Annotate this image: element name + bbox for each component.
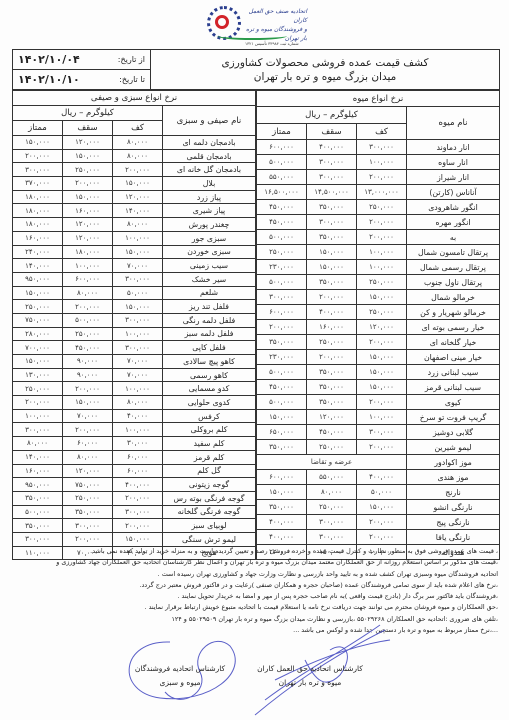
fruit-row: نارنج۵۰,۰۰۰۸۰,۰۰۰۱۵۰,۰۰۰ xyxy=(257,485,500,500)
fruit-name-cell: انگور مهره xyxy=(407,215,500,230)
fruit-name-cell: موز هندی xyxy=(407,470,500,485)
document-title: کشف قیمت عمده فروشی محصولات کشاورزی میدا… xyxy=(151,50,499,89)
fruit-price-min: ۲۰۰,۰۰۰ xyxy=(357,230,407,245)
fruit-row: کیوی۲۰۰,۰۰۰۳۵۰,۰۰۰۵۰۰,۰۰۰ xyxy=(257,395,500,410)
veg-price-max: ۱۲۰,۰۰۰ xyxy=(63,218,113,232)
veg-price-min: ۶۰,۰۰۰ xyxy=(113,450,163,464)
veg-price-premium: ۲۸۰,۰۰۰ xyxy=(13,327,63,341)
veg-price-premium: ۸۰,۰۰۰ xyxy=(13,437,63,451)
veg-row: سیب زمینی۷۰,۰۰۰۱۰۰,۰۰۰۱۴۰,۰۰۰ xyxy=(13,259,256,273)
fruit-name-cell: موز اکوادور xyxy=(407,455,500,470)
fruit-price-min: ۱۰۰,۰۰۰ xyxy=(357,260,407,275)
veg-section-title: نرخ انواع سبزی و صیفی xyxy=(13,91,256,106)
veg-row: کاهو رسمی۷۰,۰۰۰۹۰,۰۰۰۱۳۰,۰۰۰ xyxy=(13,368,256,382)
fruit-row: به۲۰۰,۰۰۰۳۵۰,۰۰۰۵۰۰,۰۰۰ xyxy=(257,230,500,245)
veg-price-min: ۲۰۰,۰۰۰ xyxy=(113,491,163,505)
fruit-price-min: ۲۰۰,۰۰۰ xyxy=(357,170,407,185)
fruit-price-max: ۳۵۰,۰۰۰ xyxy=(307,365,357,380)
veg-name-cell: بادمجان گل خانه ای xyxy=(163,163,256,177)
fruit-price-max: ۱۵۰,۰۰۰ xyxy=(307,245,357,260)
fruit-price-min: ۲۵۰,۰۰۰ xyxy=(357,200,407,215)
fruit-price-max: ۲۵۰,۰۰۰ xyxy=(307,500,357,515)
fruit-price-min: ۱۲۰,۰۰۰ xyxy=(357,320,407,335)
veg-name-cell: بادمجان قلمی xyxy=(163,149,256,163)
fruit-price-premium: ۳۵۰,۰۰۰ xyxy=(257,440,307,455)
veg-row: فلفل تند ریز۱۵۰,۰۰۰۲۰۰,۰۰۰۲۵۰,۰۰۰ xyxy=(13,300,256,314)
veg-price-premium: ۲۰۰,۰۰۰ xyxy=(13,396,63,410)
fruit-name-cell: پرتقال تامسون شمال xyxy=(407,245,500,260)
fruit-row: پرتقال رسمی شمال۱۰۰,۰۰۰۱۵۰,۰۰۰۲۳۰,۰۰۰ xyxy=(257,260,500,275)
veg-price-min: ۴۰,۰۰۰ xyxy=(113,409,163,423)
fruit-row: انگور شاهرودی۲۵۰,۰۰۰۳۵۰,۰۰۰۴۵۰,۰۰۰ xyxy=(257,200,500,215)
signature-left-title: کارشناس اتحادیه فروشندگان xyxy=(125,662,235,676)
veg-price-premium: ۱۵۰,۰۰۰ xyxy=(13,286,63,300)
from-date-row: ۱۴۰۲/۱۰/۰۴ از تاریخ: xyxy=(13,50,150,69)
veg-name-cell: لوبیای سبز xyxy=(163,519,256,533)
veg-price-max: ۸۰,۰۰۰ xyxy=(63,450,113,464)
fruit-price-min: ۱۰۰,۰۰۰ xyxy=(357,155,407,170)
document-header: ۱۴۰۲/۱۰/۰۴ از تاریخ: ۱۴۰۲/۱۰/۱۰ تا تاریخ… xyxy=(12,49,500,90)
fruit-price-premium: ۲۳۰,۰۰۰ xyxy=(257,260,307,275)
veg-price-min: ۱۰۰,۰۰۰ xyxy=(113,382,163,396)
veg-row: فلفل دلمه سبز۱۰۰,۰۰۰۲۵۰,۰۰۰۲۸۰,۰۰۰ xyxy=(13,327,256,341)
veg-row: گوجه زیتونی۴۰۰,۰۰۰۷۵۰,۰۰۰۹۵۰,۰۰۰ xyxy=(13,478,256,492)
fruit-row: گلابی دوشیز۳۰۰,۰۰۰۴۵۰,۰۰۰۶۵۰,۰۰۰ xyxy=(257,425,500,440)
veg-price-premium: ۱۶۰,۰۰۰ xyxy=(13,464,63,478)
note-line: اتحادیه فروشندگان میوه وسبزی تهران کشف ش… xyxy=(28,569,498,580)
veg-price-premium: ۱۵۰,۰۰۰ xyxy=(13,355,63,369)
veg-name-cell: گوجه فرنگی گلخانه xyxy=(163,505,256,519)
veg-price-premium: ۹۵۰,۰۰۰ xyxy=(13,478,63,492)
veg-price-premium: ۷۰۰,۰۰۰ xyxy=(13,341,63,355)
fruit-price-premium: ۵۰۰,۰۰۰ xyxy=(257,155,307,170)
fruit-row: آناناس (کارتن)۱۳,۰۰۰,۰۰۰۱۴,۵۰۰,۰۰۰۱۶,۵۰۰… xyxy=(257,185,500,200)
veg-price-premium: ۱۸۰,۰۰۰ xyxy=(13,190,63,204)
veg-name-cell: چغندر پورش xyxy=(163,218,256,232)
veg-price-max: ۱۶۰,۰۰۰ xyxy=(63,204,113,218)
fruit-col-premium: ممتاز xyxy=(257,123,307,139)
veg-price-min: ۱۵۰,۰۰۰ xyxy=(113,532,163,546)
fruit-price-max: ۱۲۰,۰۰۰ xyxy=(307,410,357,425)
veg-name-cell: سیر خشک xyxy=(163,272,256,286)
fruit-name-cell: نارنج xyxy=(407,485,500,500)
veg-price-premium: ۳۵۰,۰۰۰ xyxy=(13,491,63,505)
veg-price-min: ۱۴۰,۰۰۰ xyxy=(113,204,163,218)
veg-price-max: ۱۸۰,۰۰۰ xyxy=(63,245,113,259)
veg-name-cell: کلم قرمز xyxy=(163,450,256,464)
fruit-price-premium: ۲۰۰,۰۰۰ xyxy=(257,320,307,335)
veg-price-premium: ۳۰۰,۰۰۰ xyxy=(13,423,63,437)
veg-price-premium: ۱۳۰,۰۰۰ xyxy=(13,368,63,382)
fruit-row: خرمالو شمال۱۵۰,۰۰۰۲۰۰,۰۰۰۳۰۰,۰۰۰ xyxy=(257,290,500,305)
fruit-price-premium: ۱۵۰,۰۰۰ xyxy=(257,485,307,500)
fruit-price-min: ۲۰۰,۰۰۰ xyxy=(357,215,407,230)
veg-name-cell: لیمو ترش سنگی xyxy=(163,532,256,546)
apple-icon xyxy=(215,15,229,29)
fruit-name-cell: خرمالو شمال xyxy=(407,290,500,305)
fruit-name-cell: گلابی دوشیز xyxy=(407,425,500,440)
fruit-name-cell: سیب لبنانی زرد xyxy=(407,365,500,380)
fruit-price-min: ۱۵۰,۰۰۰ xyxy=(357,350,407,365)
fruit-price-min: ۱۰۰,۰۰۰ xyxy=(357,410,407,425)
fruit-price-premium: ۶۰۰,۰۰۰ xyxy=(257,140,307,155)
veg-price-premium: ۱۸۰,۰۰۰ xyxy=(13,204,63,218)
veg-price-min: ۸۰,۰۰۰ xyxy=(113,396,163,410)
fruit-price-min: ۲۰۰,۰۰۰ xyxy=(357,395,407,410)
veg-name-cell: فلفل تند ریز xyxy=(163,300,256,314)
veg-name-cell: کدوی حلوایی xyxy=(163,396,256,410)
fruit-price-max: ۲۵۰,۰۰۰ xyxy=(307,335,357,350)
veg-name-cell: گوجه زیتونی xyxy=(163,478,256,492)
veg-price-premium: ۱۵۰,۰۰۰ xyxy=(13,136,63,150)
veg-row: سیر خشک۳۰۰,۰۰۰۶۰۰,۰۰۰۹۵۰,۰۰۰ xyxy=(13,272,256,286)
veg-name-cell: کدو مسمایی xyxy=(163,382,256,396)
note-line: ، قیمت های عمده فروشی فوق به منظور نظارت… xyxy=(28,546,498,557)
veg-price-max: ۹۰,۰۰۰ xyxy=(63,355,113,369)
veg-unit-header: کیلوگرم – ریال xyxy=(13,106,163,121)
veg-name-cell: بلال xyxy=(163,177,256,191)
veg-price-min: ۸۰,۰۰۰ xyxy=(113,136,163,150)
veg-price-min: ۲۰۰,۰۰۰ xyxy=(113,163,163,177)
veg-price-min: ۵۰,۰۰۰ xyxy=(113,286,163,300)
fruit-price-min: ۲۰۰,۰۰۰ xyxy=(357,515,407,530)
fruit-name-cell: به xyxy=(407,230,500,245)
fruit-price-max: ۴۰۰,۰۰۰ xyxy=(307,140,357,155)
fruit-price-max: ۳۰۰,۰۰۰ xyxy=(307,170,357,185)
notes-section: ، قیمت های عمده فروشی فوق به منظور نظارت… xyxy=(28,546,498,636)
fruit-name-cell: گریپ فروت تو سرخ xyxy=(407,410,500,425)
fruit-price-max: ۱۴,۵۰۰,۰۰۰ xyxy=(307,185,357,200)
fruit-price-premium: ۶۰۰,۰۰۰ xyxy=(257,470,307,485)
veg-price-max: ۵۰۰,۰۰۰ xyxy=(63,313,113,327)
fruit-row: نارنگی یافا۲۰۰,۰۰۰۳۰۰,۰۰۰۴۰۰,۰۰۰ xyxy=(257,530,500,545)
veg-price-max: ۷۵۰,۰۰۰ xyxy=(63,478,113,492)
veg-price-min: ۱۲۰,۰۰۰ xyxy=(113,190,163,204)
veg-price-max: ۲۰۰,۰۰۰ xyxy=(63,300,113,314)
veg-price-premium: ۲۰۰,۰۰۰ xyxy=(13,149,63,163)
fruit-price-min: ۱۵۰,۰۰۰ xyxy=(357,500,407,515)
veg-price-premium: ۷۵۰,۰۰۰ xyxy=(13,313,63,327)
fruit-price-premium: ۴۵۰,۰۰۰ xyxy=(257,215,307,230)
fruit-name-cell: نارنگی انشو xyxy=(407,500,500,515)
veg-price-min: ۳۰۰,۰۰۰ xyxy=(113,341,163,355)
veg-price-min: ۷۰,۰۰۰ xyxy=(113,368,163,382)
veg-price-max: ۱۵۰,۰۰۰ xyxy=(63,190,113,204)
fruit-name-cell: خیار مینی اصفهان xyxy=(407,350,500,365)
fruit-price-premium: ۵۰۰,۰۰۰ xyxy=(257,275,307,290)
fruit-row: موز اکوادورعرضه و تقاضا xyxy=(257,455,500,470)
veg-row: شلغم۵۰,۰۰۰۸۰,۰۰۰۱۵۰,۰۰۰ xyxy=(13,286,256,300)
title-line-1: کشف قیمت عمده فروشی محصولات کشاورزی xyxy=(221,56,428,70)
fruit-row: پرتقال تامسون شمال۱۰۰,۰۰۰۱۵۰,۰۰۰۲۵۰,۰۰۰ xyxy=(257,245,500,260)
veg-price-min: ۷۰,۰۰۰ xyxy=(113,259,163,273)
veg-price-min: ۳۰۰,۰۰۰ xyxy=(113,272,163,286)
fruit-name-cell: پرتقال ناول جنوب xyxy=(407,275,500,290)
fruit-row: انار ساوه۱۰۰,۰۰۰۳۰۰,۰۰۰۵۰۰,۰۰۰ xyxy=(257,155,500,170)
fruit-price-min: ۲۵۰,۰۰۰ xyxy=(357,305,407,320)
veg-price-min: ۱۰۰,۰۰۰ xyxy=(113,231,163,245)
veg-name-cell: پیاز شیری xyxy=(163,204,256,218)
logo-text: اتحادیه صنف حق العمل کاران و فروشندگان م… xyxy=(245,7,307,43)
fruit-row: خیار گلخانه ای۲۰۰,۰۰۰۲۵۰,۰۰۰۳۵۰,۰۰۰ xyxy=(257,335,500,350)
veg-name-cell: گوجه فرنگی بوته رس xyxy=(163,491,256,505)
fruit-price-min: ۱۰۰,۰۰۰ xyxy=(357,245,407,260)
fruit-price-max: ۲۰۰,۰۰۰ xyxy=(307,350,357,365)
fruit-row: سیب لبنانی زرد۱۵۰,۰۰۰۳۵۰,۰۰۰۵۰۰,۰۰۰ xyxy=(257,365,500,380)
veg-price-max: ۱۵۰,۰۰۰ xyxy=(63,149,113,163)
veg-price-max: ۹۰,۰۰۰ xyxy=(63,368,113,382)
veg-row: فلفل کاپی۳۰۰,۰۰۰۴۵۰,۰۰۰۷۰۰,۰۰۰ xyxy=(13,341,256,355)
title-line-2: میدان بزرگ میوه و تره بار تهران xyxy=(254,70,397,84)
fruit-row: خیار رسمی بوته ای۱۲۰,۰۰۰۱۶۰,۰۰۰۲۰۰,۰۰۰ xyxy=(257,320,500,335)
fruit-name-cell: نارنگی یافا xyxy=(407,530,500,545)
fruit-row: نارنگی انشو۱۵۰,۰۰۰۲۵۰,۰۰۰۳۵۰,۰۰۰ xyxy=(257,500,500,515)
fruit-price-premium: ۲۵۰,۰۰۰ xyxy=(257,245,307,260)
veg-price-max: ۳۰۰,۰۰۰ xyxy=(63,519,113,533)
veg-price-max: ۶۰,۰۰۰ xyxy=(63,437,113,451)
fruit-price-max: ۳۵۰,۰۰۰ xyxy=(307,230,357,245)
veg-row: کاهو پیچ سالادی۷۰,۰۰۰۹۰,۰۰۰۱۵۰,۰۰۰ xyxy=(13,355,256,369)
fruit-price-max: ۴۵۰,۰۰۰ xyxy=(307,425,357,440)
fruit-row: خرمالو شهریار و کن۲۵۰,۰۰۰۴۰۰,۰۰۰۶۰۰,۰۰۰ xyxy=(257,305,500,320)
veg-price-max: ۳۵۰,۰۰۰ xyxy=(63,505,113,519)
veg-price-max: ۲۰۰,۰۰۰ xyxy=(63,423,113,437)
fruit-price-premium: ۱۶,۵۰۰,۰۰۰ xyxy=(257,185,307,200)
fruit-price-max: ۵۵۰,۰۰۰ xyxy=(307,470,357,485)
fruit-row: گریپ فروت تو سرخ۱۰۰,۰۰۰۱۲۰,۰۰۰۱۵۰,۰۰۰ xyxy=(257,410,500,425)
veg-row: کلم قرمز۶۰,۰۰۰۸۰,۰۰۰۱۴۰,۰۰۰ xyxy=(13,450,256,464)
fruit-name-cell: نارنگی پیج xyxy=(407,515,500,530)
veg-price-max: ۱۰۰,۰۰۰ xyxy=(63,259,113,273)
veg-name-header: نام صیفی و سبزی xyxy=(163,106,256,136)
fruit-price-premium: ۳۵۰,۰۰۰ xyxy=(257,335,307,350)
veg-row: بادمجان گل خانه ای۲۰۰,۰۰۰۲۵۰,۰۰۰۳۰۰,۰۰۰ xyxy=(13,163,256,177)
veg-price-max: ۶۰۰,۰۰۰ xyxy=(63,272,113,286)
veg-name-cell: فلفل دلمه رنگی xyxy=(163,313,256,327)
fruit-price-min: ۱۳,۰۰۰,۰۰۰ xyxy=(357,185,407,200)
logo-registration: شماره ثبت ۳۳۹۸۴ تأسیس ۱۳۲۱ xyxy=(245,41,299,46)
veg-price-premium: ۳۵۰,۰۰۰ xyxy=(13,519,63,533)
veg-name-cell: کلم بروکلی xyxy=(163,423,256,437)
fruit-col-max: سقف xyxy=(307,123,357,139)
veg-row: سبزی خوردن۱۵۰,۰۰۰۱۸۰,۰۰۰۲۴۰,۰۰۰ xyxy=(13,245,256,259)
veg-row: گل کلم۶۰,۰۰۰۱۲۰,۰۰۰۱۶۰,۰۰۰ xyxy=(13,464,256,478)
fruit-name-cell: انگور شاهرودی xyxy=(407,200,500,215)
veg-row: لوبیای سبز۲۰۰,۰۰۰۳۰۰,۰۰۰۳۵۰,۰۰۰ xyxy=(13,519,256,533)
veg-row: پیاز زرد۱۲۰,۰۰۰۱۵۰,۰۰۰۱۸۰,۰۰۰ xyxy=(13,190,256,204)
veg-row: بلال۱۵۰,۰۰۰۲۰۰,۰۰۰۳۷۰,۰۰۰ xyxy=(13,177,256,191)
fruit-price-premium: ۳۵۰,۰۰۰ xyxy=(257,500,307,515)
from-date-label: از تاریخ: xyxy=(118,55,145,64)
note-line: ،حق العملکاران و میوه فروشان محترم می تو… xyxy=(28,602,498,613)
veg-price-max: ۱۲۰,۰۰۰ xyxy=(63,231,113,245)
fruit-price-premium: ۶۰۰,۰۰۰ xyxy=(257,305,307,320)
veg-price-min: ۱۰۰,۰۰۰ xyxy=(113,327,163,341)
note-line: ،تلفن های ضروری :اتحادیه حق العملکاران ۵… xyxy=(28,614,498,625)
fruit-price-max: ۴۰۰,۰۰۰ xyxy=(307,305,357,320)
veg-price-min: ۷۰,۰۰۰ xyxy=(113,355,163,369)
veg-row: کرفس۴۰,۰۰۰۷۰,۰۰۰۱۰۰,۰۰۰ xyxy=(13,409,256,423)
veg-row: گوجه فرنگی گلخانه۳۰۰,۰۰۰۳۵۰,۰۰۰۵۰۰,۰۰۰ xyxy=(13,505,256,519)
fruit-price-premium: ۵۵۰,۰۰۰ xyxy=(257,170,307,185)
price-list-document: اتحادیه صنف حق العمل کاران و فروشندگان م… xyxy=(0,0,509,720)
veg-price-max: ۱۲۰,۰۰۰ xyxy=(63,464,113,478)
from-date: ۱۴۰۲/۱۰/۰۴ xyxy=(18,53,80,66)
fruit-price-premium: ۱۵۰,۰۰۰ xyxy=(257,410,307,425)
fruit-price-min: ۲۰۰,۰۰۰ xyxy=(357,440,407,455)
veg-name-cell: کاهو رسمی xyxy=(163,368,256,382)
fruit-price-max: ۳۰۰,۰۰۰ xyxy=(307,515,357,530)
veg-name-cell: سیب زمینی xyxy=(163,259,256,273)
veg-price-min: ۱۵۰,۰۰۰ xyxy=(113,177,163,191)
fruit-merged-price-cell: عرضه و تقاضا xyxy=(257,455,407,470)
fruit-row: موز هندی۴۰۰,۰۰۰۵۵۰,۰۰۰۶۰۰,۰۰۰ xyxy=(257,470,500,485)
veg-col-max: سقف xyxy=(63,121,113,136)
fruit-price-min: ۲۰۰,۰۰۰ xyxy=(357,335,407,350)
veg-name-cell: سبزی جور xyxy=(163,231,256,245)
fruit-name-cell: سیب لبنانی قرمز xyxy=(407,380,500,395)
fruit-name-cell: لیمو شیرین xyxy=(407,440,500,455)
union-logo: اتحادیه صنف حق العمل کاران و فروشندگان م… xyxy=(205,4,305,48)
veg-price-premium: ۲۵۰,۰۰۰ xyxy=(13,382,63,396)
veg-col-premium: ممتاز xyxy=(13,121,63,136)
fruit-price-premium: ۵۰۰,۰۰۰ xyxy=(257,395,307,410)
vegetable-price-table: نرخ انواع سبزی و صیفی نام صیفی و سبزی کی… xyxy=(12,90,256,560)
signature-block-vendors-union: کارشناس اتحادیه فروشندگان میوه و سبزی xyxy=(125,662,235,690)
veg-row: بادمجان دلمه ای۸۰,۰۰۰۱۲۰,۰۰۰۱۵۰,۰۰۰ xyxy=(13,136,256,150)
date-range: ۱۴۰۲/۱۰/۰۴ از تاریخ: ۱۴۰۲/۱۰/۱۰ تا تاریخ… xyxy=(13,50,151,89)
veg-price-premium: ۹۵۰,۰۰۰ xyxy=(13,272,63,286)
fruit-price-min: ۱۵۰,۰۰۰ xyxy=(357,365,407,380)
veg-name-cell: شلغم xyxy=(163,286,256,300)
fruit-price-max: ۳۰۰,۰۰۰ xyxy=(307,530,357,545)
fruit-name-cell: خیار گلخانه ای xyxy=(407,335,500,350)
veg-price-max: ۴۵۰,۰۰۰ xyxy=(63,341,113,355)
to-date: ۱۴۰۲/۱۰/۱۰ xyxy=(18,73,80,86)
veg-price-min: ۳۰۰,۰۰۰ xyxy=(113,505,163,519)
veg-name-cell: کرفس xyxy=(163,409,256,423)
fruit-price-max: ۲۰۰,۰۰۰ xyxy=(307,290,357,305)
fruit-price-min: ۵۰,۰۰۰ xyxy=(357,485,407,500)
veg-price-min: ۱۰۰,۰۰۰ xyxy=(113,423,163,437)
fruit-price-min: ۴۰۰,۰۰۰ xyxy=(357,470,407,485)
fruit-price-premium: ۴۰۰,۰۰۰ xyxy=(257,515,307,530)
fruit-name-header: نام میوه xyxy=(407,107,500,140)
veg-row: کدو مسمایی۱۰۰,۰۰۰۲۰۰,۰۰۰۲۵۰,۰۰۰ xyxy=(13,382,256,396)
veg-row: کدوی حلوایی۸۰,۰۰۰۱۵۰,۰۰۰۲۰۰,۰۰۰ xyxy=(13,396,256,410)
veg-price-max: ۱۲۰,۰۰۰ xyxy=(63,136,113,150)
fruit-name-cell: کیوی xyxy=(407,395,500,410)
veg-price-min: ۴۰۰,۰۰۰ xyxy=(113,478,163,492)
to-date-row: ۱۴۰۲/۱۰/۱۰ تا تاریخ: xyxy=(13,69,150,89)
veg-price-min: ۳۰۰,۰۰۰ xyxy=(113,313,163,327)
fruit-name-cell: خیار رسمی بوته ای xyxy=(407,320,500,335)
signature-left-subtitle: میوه و سبزی xyxy=(125,676,235,690)
note-line: ،نرخ های اعلام شده باید از سوی تمامی فرو… xyxy=(28,580,498,591)
veg-price-max: ۲۰۰,۰۰۰ xyxy=(63,532,113,546)
veg-name-cell: کلم سفید xyxy=(163,437,256,451)
veg-price-premium: ۱۴۰,۰۰۰ xyxy=(13,259,63,273)
note-line: ،فروشندگان باید فاکتور سر برگ دار (بادرج… xyxy=(28,591,498,602)
veg-name-cell: کاهو پیچ سالادی xyxy=(163,355,256,369)
veg-row: چغندر پورش۸۰,۰۰۰۱۲۰,۰۰۰۱۸۰,۰۰۰ xyxy=(13,218,256,232)
veg-price-max: ۸۰,۰۰۰ xyxy=(63,286,113,300)
veg-price-premium: ۱۴۰,۰۰۰ xyxy=(13,450,63,464)
note-line: ،قیمت های مذکور بر اساس استعلام روزانه ا… xyxy=(28,557,498,568)
signature-block-commission-union: کارشناس اتحادیه حق العمل کاران میوه و تر… xyxy=(255,662,365,690)
veg-row: فلفل دلمه رنگی۳۰۰,۰۰۰۵۰۰,۰۰۰۷۵۰,۰۰۰ xyxy=(13,313,256,327)
fruit-price-premium: ۲۳۰,۰۰۰ xyxy=(257,350,307,365)
fruit-name-cell: انار شیراز xyxy=(407,170,500,185)
veg-row: گوجه فرنگی بوته رس۲۰۰,۰۰۰۲۵۰,۰۰۰۳۵۰,۰۰۰ xyxy=(13,491,256,505)
fruit-price-max: ۳۰۰,۰۰۰ xyxy=(307,215,357,230)
veg-price-premium: ۱۸۰,۰۰۰ xyxy=(13,218,63,232)
veg-name-cell: بادمجان دلمه ای xyxy=(163,136,256,150)
veg-price-min: ۸۰,۰۰۰ xyxy=(113,149,163,163)
fruit-price-max: ۸۰,۰۰۰ xyxy=(307,485,357,500)
veg-price-min: ۸۰,۰۰۰ xyxy=(113,218,163,232)
veg-price-min: ۲۰۰,۰۰۰ xyxy=(113,519,163,533)
fruit-price-premium: ۴۰۰,۰۰۰ xyxy=(257,530,307,545)
fruit-price-max: ۱۵۰,۰۰۰ xyxy=(307,260,357,275)
fruit-row: انار دماوند۳۰۰,۰۰۰۴۰۰,۰۰۰۶۰۰,۰۰۰ xyxy=(257,140,500,155)
fruit-row: نارنگی پیج۲۰۰,۰۰۰۳۰۰,۰۰۰۴۰۰,۰۰۰ xyxy=(257,515,500,530)
fruit-row: خیار مینی اصفهان۱۵۰,۰۰۰۲۰۰,۰۰۰۲۳۰,۰۰۰ xyxy=(257,350,500,365)
logo-line-1: اتحادیه صنف حق العمل کاران xyxy=(245,7,307,25)
fruit-name-cell: انار ساوه xyxy=(407,155,500,170)
veg-price-max: ۲۰۰,۰۰۰ xyxy=(63,177,113,191)
veg-price-max: ۲۵۰,۰۰۰ xyxy=(63,491,113,505)
fruit-price-max: ۱۶۰,۰۰۰ xyxy=(307,320,357,335)
fruit-price-min: ۳۰۰,۰۰۰ xyxy=(357,425,407,440)
fruit-row: لیمو شیرین۲۰۰,۰۰۰۲۵۰,۰۰۰۳۵۰,۰۰۰ xyxy=(257,440,500,455)
note-line: ...،نرخ ممتاز مربوط به میوه و تره بار دس… xyxy=(28,625,498,636)
fruit-price-min: ۱۵۰,۰۰۰ xyxy=(357,290,407,305)
fruit-col-min: کف xyxy=(357,123,407,139)
fruit-price-premium: ۴۵۰,۰۰۰ xyxy=(257,380,307,395)
fruit-price-max: ۳۵۰,۰۰۰ xyxy=(307,275,357,290)
veg-price-min: ۶۰,۰۰۰ xyxy=(113,464,163,478)
fruit-price-premium: ۶۵۰,۰۰۰ xyxy=(257,425,307,440)
fruit-row: سیب لبنانی قرمز۱۵۰,۰۰۰۳۵۰,۰۰۰۴۵۰,۰۰۰ xyxy=(257,380,500,395)
fruit-price-max: ۳۵۰,۰۰۰ xyxy=(307,380,357,395)
veg-price-max: ۲۰۰,۰۰۰ xyxy=(63,382,113,396)
veg-price-max: ۲۵۰,۰۰۰ xyxy=(63,163,113,177)
fruit-price-premium: ۴۵۰,۰۰۰ xyxy=(257,200,307,215)
veg-row: کلم بروکلی۱۰۰,۰۰۰۲۰۰,۰۰۰۳۰۰,۰۰۰ xyxy=(13,423,256,437)
fruit-row: پرتقال ناول جنوب۲۵۰,۰۰۰۳۵۰,۰۰۰۵۰۰,۰۰۰ xyxy=(257,275,500,290)
fruit-price-min: ۲۵۰,۰۰۰ xyxy=(357,275,407,290)
fruit-price-premium: ۳۰۰,۰۰۰ xyxy=(257,290,307,305)
veg-price-max: ۱۵۰,۰۰۰ xyxy=(63,396,113,410)
veg-name-cell: فلفل دلمه سبز xyxy=(163,327,256,341)
veg-price-premium: ۳۰۰,۰۰۰ xyxy=(13,532,63,546)
veg-row: پیاز شیری۱۴۰,۰۰۰۱۶۰,۰۰۰۱۸۰,۰۰۰ xyxy=(13,204,256,218)
veg-price-premium: ۱۶۰,۰۰۰ xyxy=(13,231,63,245)
signature-right-subtitle: میوه و تره بار تهران xyxy=(255,676,365,690)
fruit-row: انار شیراز۲۰۰,۰۰۰۳۰۰,۰۰۰۵۵۰,۰۰۰ xyxy=(257,170,500,185)
fruit-row: انگور مهره۲۰۰,۰۰۰۳۰۰,۰۰۰۴۵۰,۰۰۰ xyxy=(257,215,500,230)
fruit-price-min: ۳۰۰,۰۰۰ xyxy=(357,140,407,155)
fruit-unit-header: کیلوگرم – ریال xyxy=(257,107,407,123)
veg-price-max: ۲۵۰,۰۰۰ xyxy=(63,327,113,341)
veg-row: سبزی جور۱۰۰,۰۰۰۱۲۰,۰۰۰۱۶۰,۰۰۰ xyxy=(13,231,256,245)
veg-name-cell: پیاز زرد xyxy=(163,190,256,204)
veg-price-min: ۱۵۰,۰۰۰ xyxy=(113,300,163,314)
veg-name-cell: فلفل کاپی xyxy=(163,341,256,355)
veg-price-max: ۷۰,۰۰۰ xyxy=(63,409,113,423)
veg-name-cell: گل کلم xyxy=(163,464,256,478)
